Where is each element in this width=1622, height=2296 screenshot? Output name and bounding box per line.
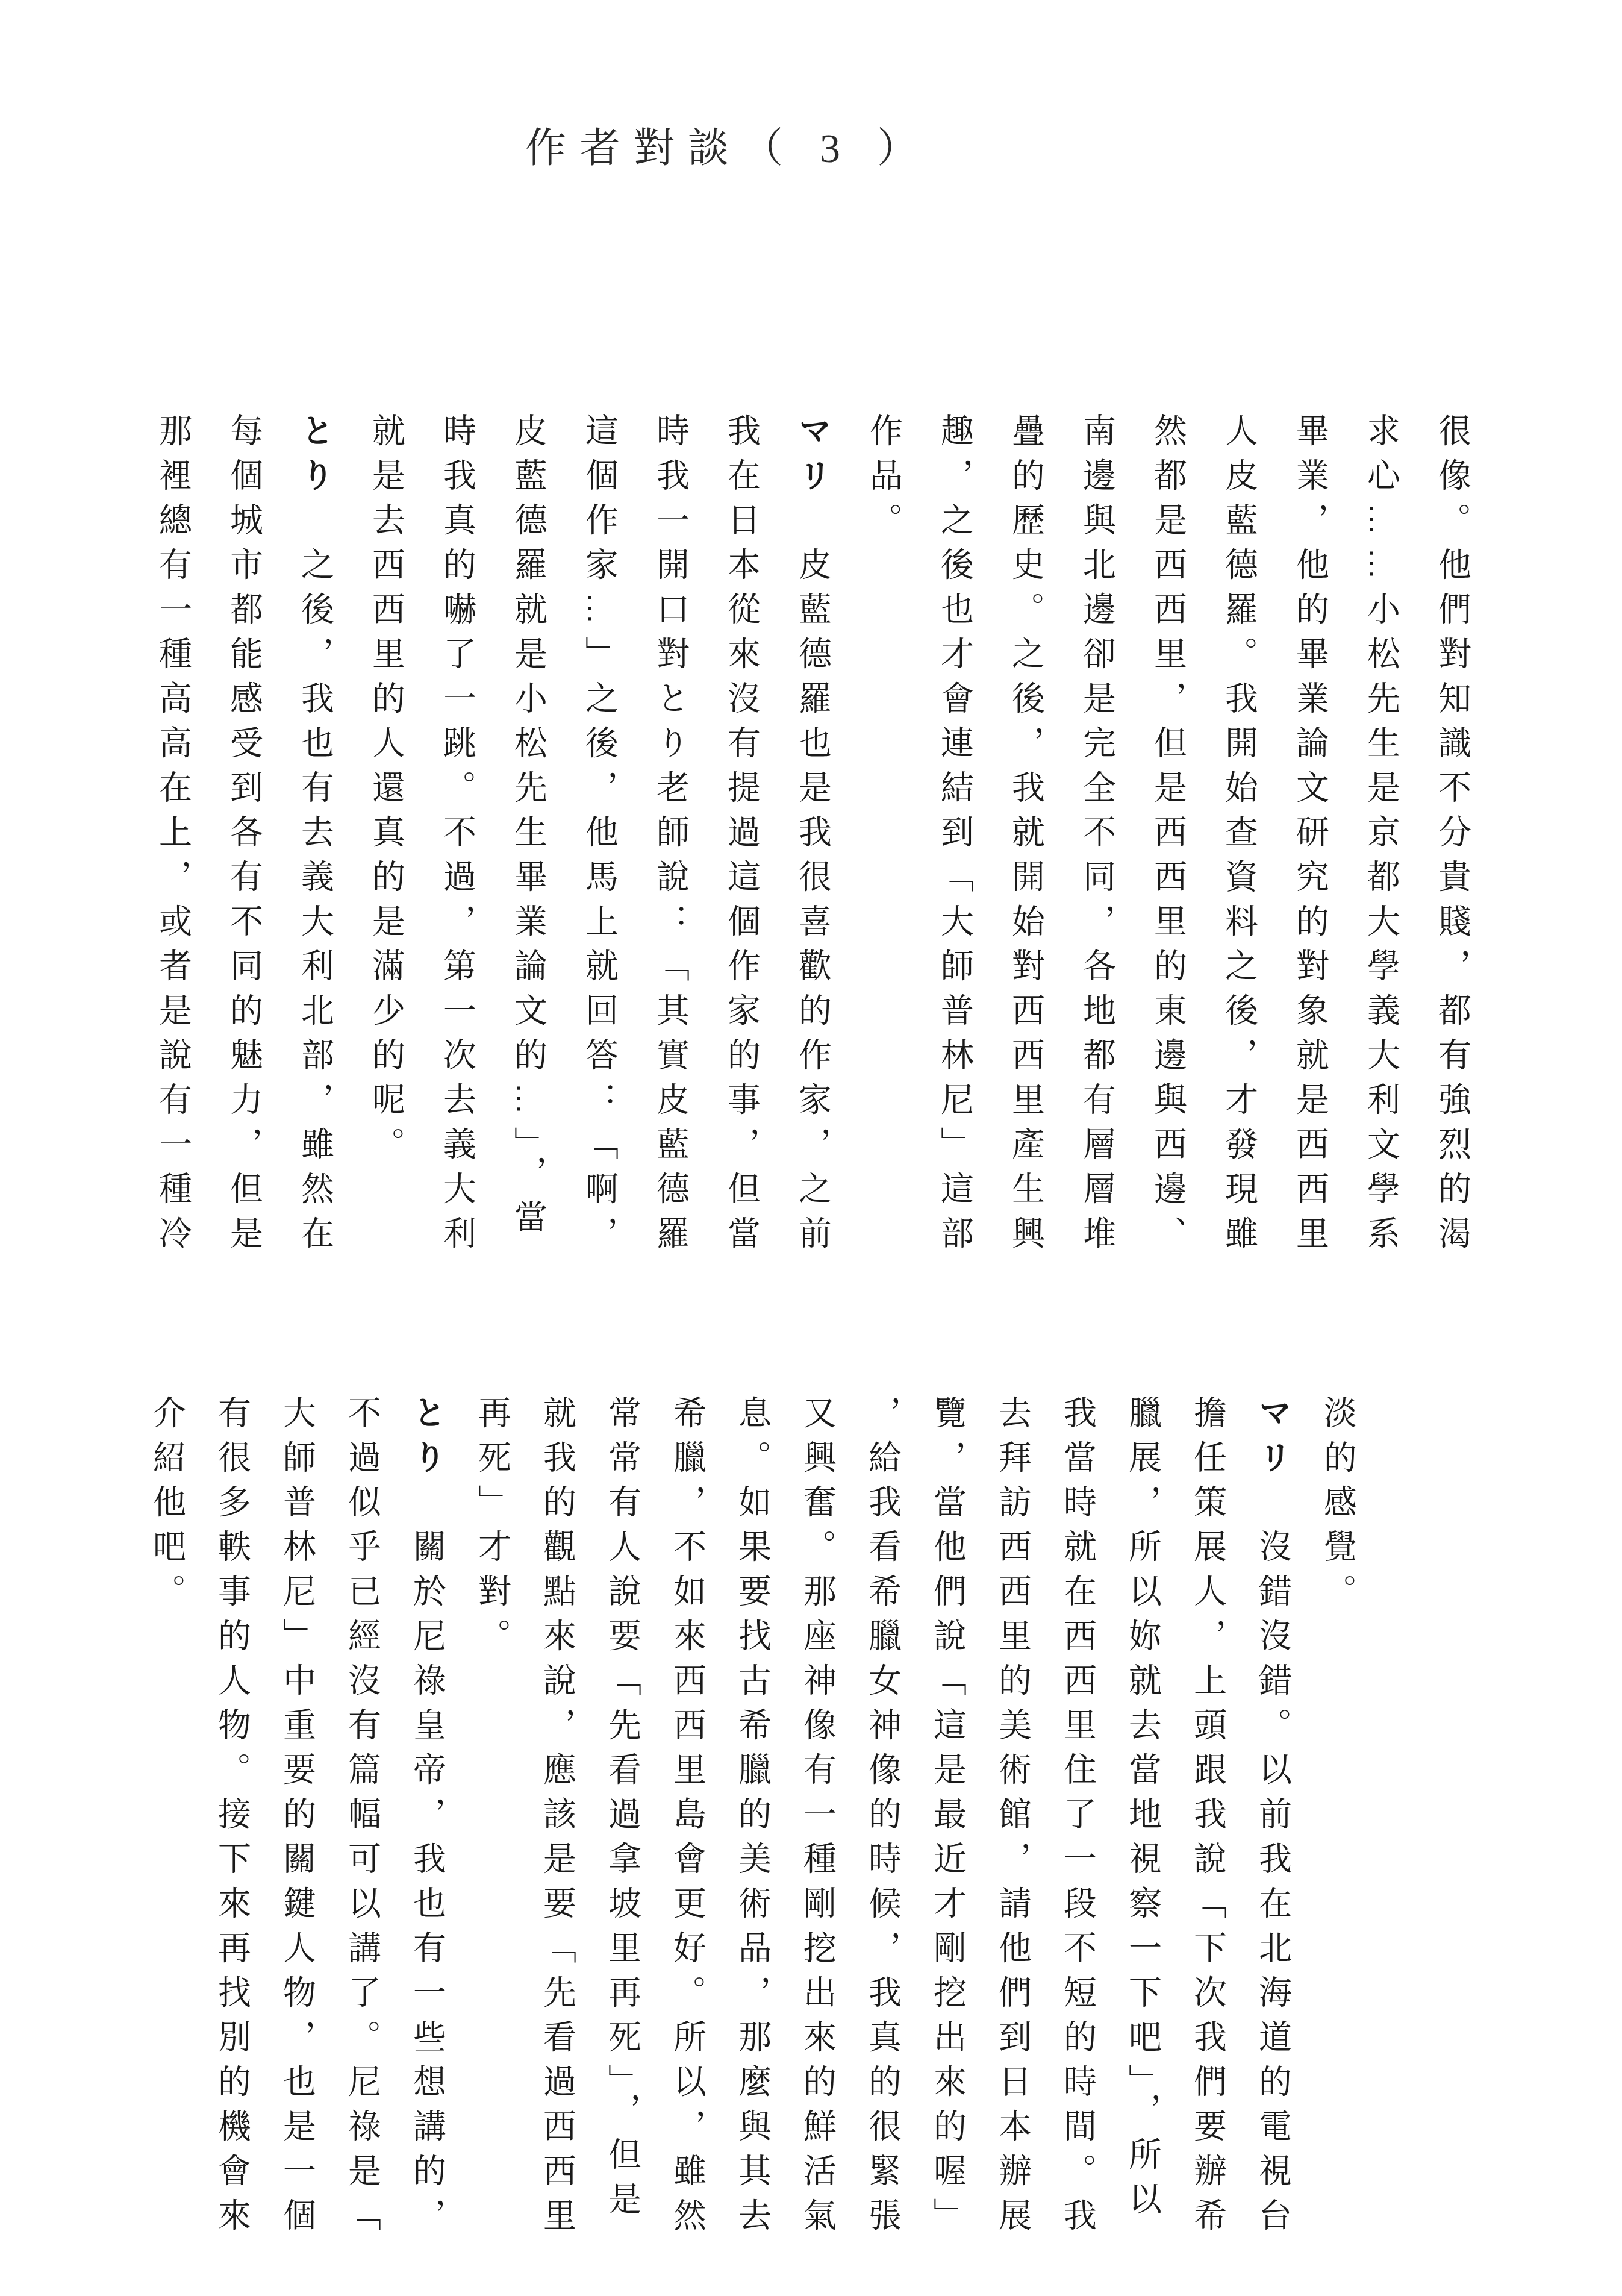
column-text: 介紹他吧。 [148,1395,186,1618]
dialogue-bottom-block: 淡的感覺。マリ 沒錯沒錯。以前我在北海道的電視台擔任策展人，上頭跟我說「下次我們… [134,1395,1370,2275]
text-column: とり 之後，我也有去義大利北部，雖然在 [279,413,351,1293]
column-text: 皮藍德羅也是我很喜歡的作家，之前 [794,502,831,1260]
text-column: 去拜訪西西里的美術館，請他們到日本辦展 [980,1395,1045,2275]
text-column: 又興奮。那座神像有一種剛挖出來的鮮活氣 [785,1395,850,2275]
column-text: 這個作家…」之後，他馬上就回答：「啊， [581,413,618,1260]
column-text: 很像。他們對知識不分貴賤，都有強烈的渴 [1433,413,1471,1260]
column-text: 有很多軼事的人物。接下來再找別的機會來 [213,1395,251,2242]
text-column: 再死」才對。 [460,1395,525,2275]
column-text: 就我的觀點來說，應該是要「先看過西西里 [538,1395,576,2242]
column-text: 常常有人說要「先看過拿坡里再死」，但是 [604,1395,641,2226]
text-column: 我當時就在西西里住了一段不短的時間。我 [1045,1395,1110,2275]
column-text: 擔任策展人，上頭跟我說「下次我們要辦希 [1189,1395,1226,2242]
book-page: 作者對談（ 3 ） 很像。他們對知識不分貴賤，都有強烈的渴求心……小松先生是京都… [0,0,1622,2296]
speaker-label: とり [296,413,334,502]
column-text: 不過似乎已經沒有篇幅可以講了。尼祿是「 [343,1395,381,2242]
text-column: マリ 皮藍德羅也是我很喜歡的作家，之前 [777,413,848,1293]
text-column: 大師普林尼」中重要的關鍵人物，也是一個 [264,1395,329,2275]
text-column: 時我真的嚇了一跳。不過，第一次去義大利 [422,413,493,1293]
column-text: 我當時就在西西里住了一段不短的時間。我 [1059,1395,1096,2242]
column-text: 覽，當他們說「這是最近才剛挖出來的喔」 [929,1395,966,2242]
page-title: 作者對談（ 3 ） [525,116,931,174]
text-column: ，給我看希臘女神像的時候，我真的很緊張 [850,1395,915,2275]
column-text: 時我一開口對とり老師說：「其實皮藍德羅 [652,413,689,1260]
column-text: 我在日本從來沒有提過這個作家的事，但當 [723,413,760,1260]
column-text: 沒錯沒錯。以前我在北海道的電視台 [1254,1484,1291,2242]
column-text: 每個城市都能感受到各有不同的魅力，但是 [225,413,263,1260]
dialogue-top-block: 很像。他們對知識不分貴賤，都有強烈的渴求心……小松先生是京都大學義大利文學系畢業… [137,413,1488,1293]
text-column: 息。如果要找古希臘的美術品，那麼與其去 [720,1395,785,2275]
column-text: 又興奮。那座神像有一種剛挖出來的鮮活氣 [799,1395,836,2242]
text-column: 然都是西西里，但是西西里的東邊與西邊、 [1132,413,1203,1293]
text-column: 就我的觀點來說，應該是要「先看過西西里 [525,1395,590,2275]
speaker-label: マリ [1254,1395,1291,1484]
text-column: 臘展，所以妳就去當地視察一下吧」，所以 [1110,1395,1175,2275]
text-column: 疊的歷史。之後，我就開始對西西里產生興 [990,413,1061,1293]
column-text: 去拜訪西西里的美術館，請他們到日本辦展 [994,1395,1031,2242]
speaker-label: とり [408,1395,446,1484]
text-column: 作品。 [848,413,919,1293]
text-column: 不過似乎已經沒有篇幅可以講了。尼祿是「 [329,1395,395,2275]
text-column: 趣，之後也才會連結到「大師普林尼」這部 [919,413,990,1293]
column-text: 南邊與北邊卻是完全不同，各地都有層層堆 [1078,413,1115,1260]
column-text: 皮藍德羅就是小松先生畢業論文的…」，當 [510,413,547,1244]
column-text: 關於尼祿皇帝，我也有一些想講的， [408,1484,446,2242]
column-text: 大師普林尼」中重要的關鍵人物，也是一個 [278,1395,316,2242]
text-column: 求心……小松先生是京都大學義大利文學系 [1346,413,1417,1293]
column-text: 人皮藍德羅。我開始查資料之後，才發現雖 [1220,413,1258,1260]
column-text: 然都是西西里，但是西西里的東邊與西邊、 [1149,413,1187,1260]
column-text: 淡的感覺。 [1319,1395,1356,1618]
text-column: 每個城市都能感受到各有不同的魅力，但是 [208,413,279,1293]
text-column: 皮藍德羅就是小松先生畢業論文的…」，當 [493,413,564,1293]
text-column: 南邊與北邊卻是完全不同，各地都有層層堆 [1061,413,1132,1293]
column-text: 希臘，不如來西西里島會更好。所以，雖然 [669,1395,706,2242]
column-text: 時我真的嚇了一跳。不過，第一次去義大利 [438,413,476,1260]
column-text: 畢業，他的畢業論文研究的對象就是西西里 [1291,413,1329,1260]
text-column: 覽，當他們說「這是最近才剛挖出來的喔」 [915,1395,980,2275]
text-column: 我在日本從來沒有提過這個作家的事，但當 [706,413,777,1293]
text-column: マリ 沒錯沒錯。以前我在北海道的電視台 [1240,1395,1305,2275]
text-column: 那裡總有一種高高在上，或者是說有一種冷 [137,413,208,1293]
text-column: 就是去西西里的人還真的是滿少的呢。 [351,413,422,1293]
column-text: 臘展，所以妳就去當地視察一下吧」，所以 [1124,1395,1161,2226]
column-text: 作品。 [865,413,902,547]
text-column: 擔任策展人，上頭跟我說「下次我們要辦希 [1175,1395,1240,2275]
speaker-label: マリ [794,413,831,502]
column-text: 疊的歷史。之後，我就開始對西西里產生興 [1007,413,1044,1260]
column-text: 那裡總有一種高高在上，或者是說有一種冷 [154,413,192,1260]
text-column: 希臘，不如來西西里島會更好。所以，雖然 [655,1395,720,2275]
text-column: 人皮藍德羅。我開始查資料之後，才發現雖 [1203,413,1274,1293]
text-column: 時我一開口對とり老師說：「其實皮藍德羅 [635,413,706,1293]
text-column: 介紹他吧。 [134,1395,199,2275]
column-text: 之後，我也有去義大利北部，雖然在 [296,502,334,1260]
text-column: 常常有人說要「先看過拿坡里再死」，但是 [590,1395,655,2275]
column-text: 就是去西西里的人還真的是滿少的呢。 [367,413,405,1171]
text-column: 淡的感覺。 [1305,1395,1370,2275]
column-text: 再死」才對。 [473,1395,511,1663]
column-text: ，給我看希臘女神像的時候，我真的很緊張 [864,1395,901,2242]
column-text: 趣，之後也才會連結到「大師普林尼」這部 [936,413,973,1260]
text-column: とり 關於尼祿皇帝，我也有一些想講的， [395,1395,460,2275]
text-column: 有很多軼事的人物。接下來再找別的機會來 [199,1395,264,2275]
text-column: 畢業，他的畢業論文研究的對象就是西西里 [1274,413,1346,1293]
column-text: 求心……小松先生是京都大學義大利文學系 [1362,413,1400,1260]
text-column: 很像。他們對知識不分貴賤，都有強烈的渴 [1417,413,1488,1293]
column-text: 息。如果要找古希臘的美術品，那麼與其去 [734,1395,771,2242]
text-column: 這個作家…」之後，他馬上就回答：「啊， [564,413,635,1293]
